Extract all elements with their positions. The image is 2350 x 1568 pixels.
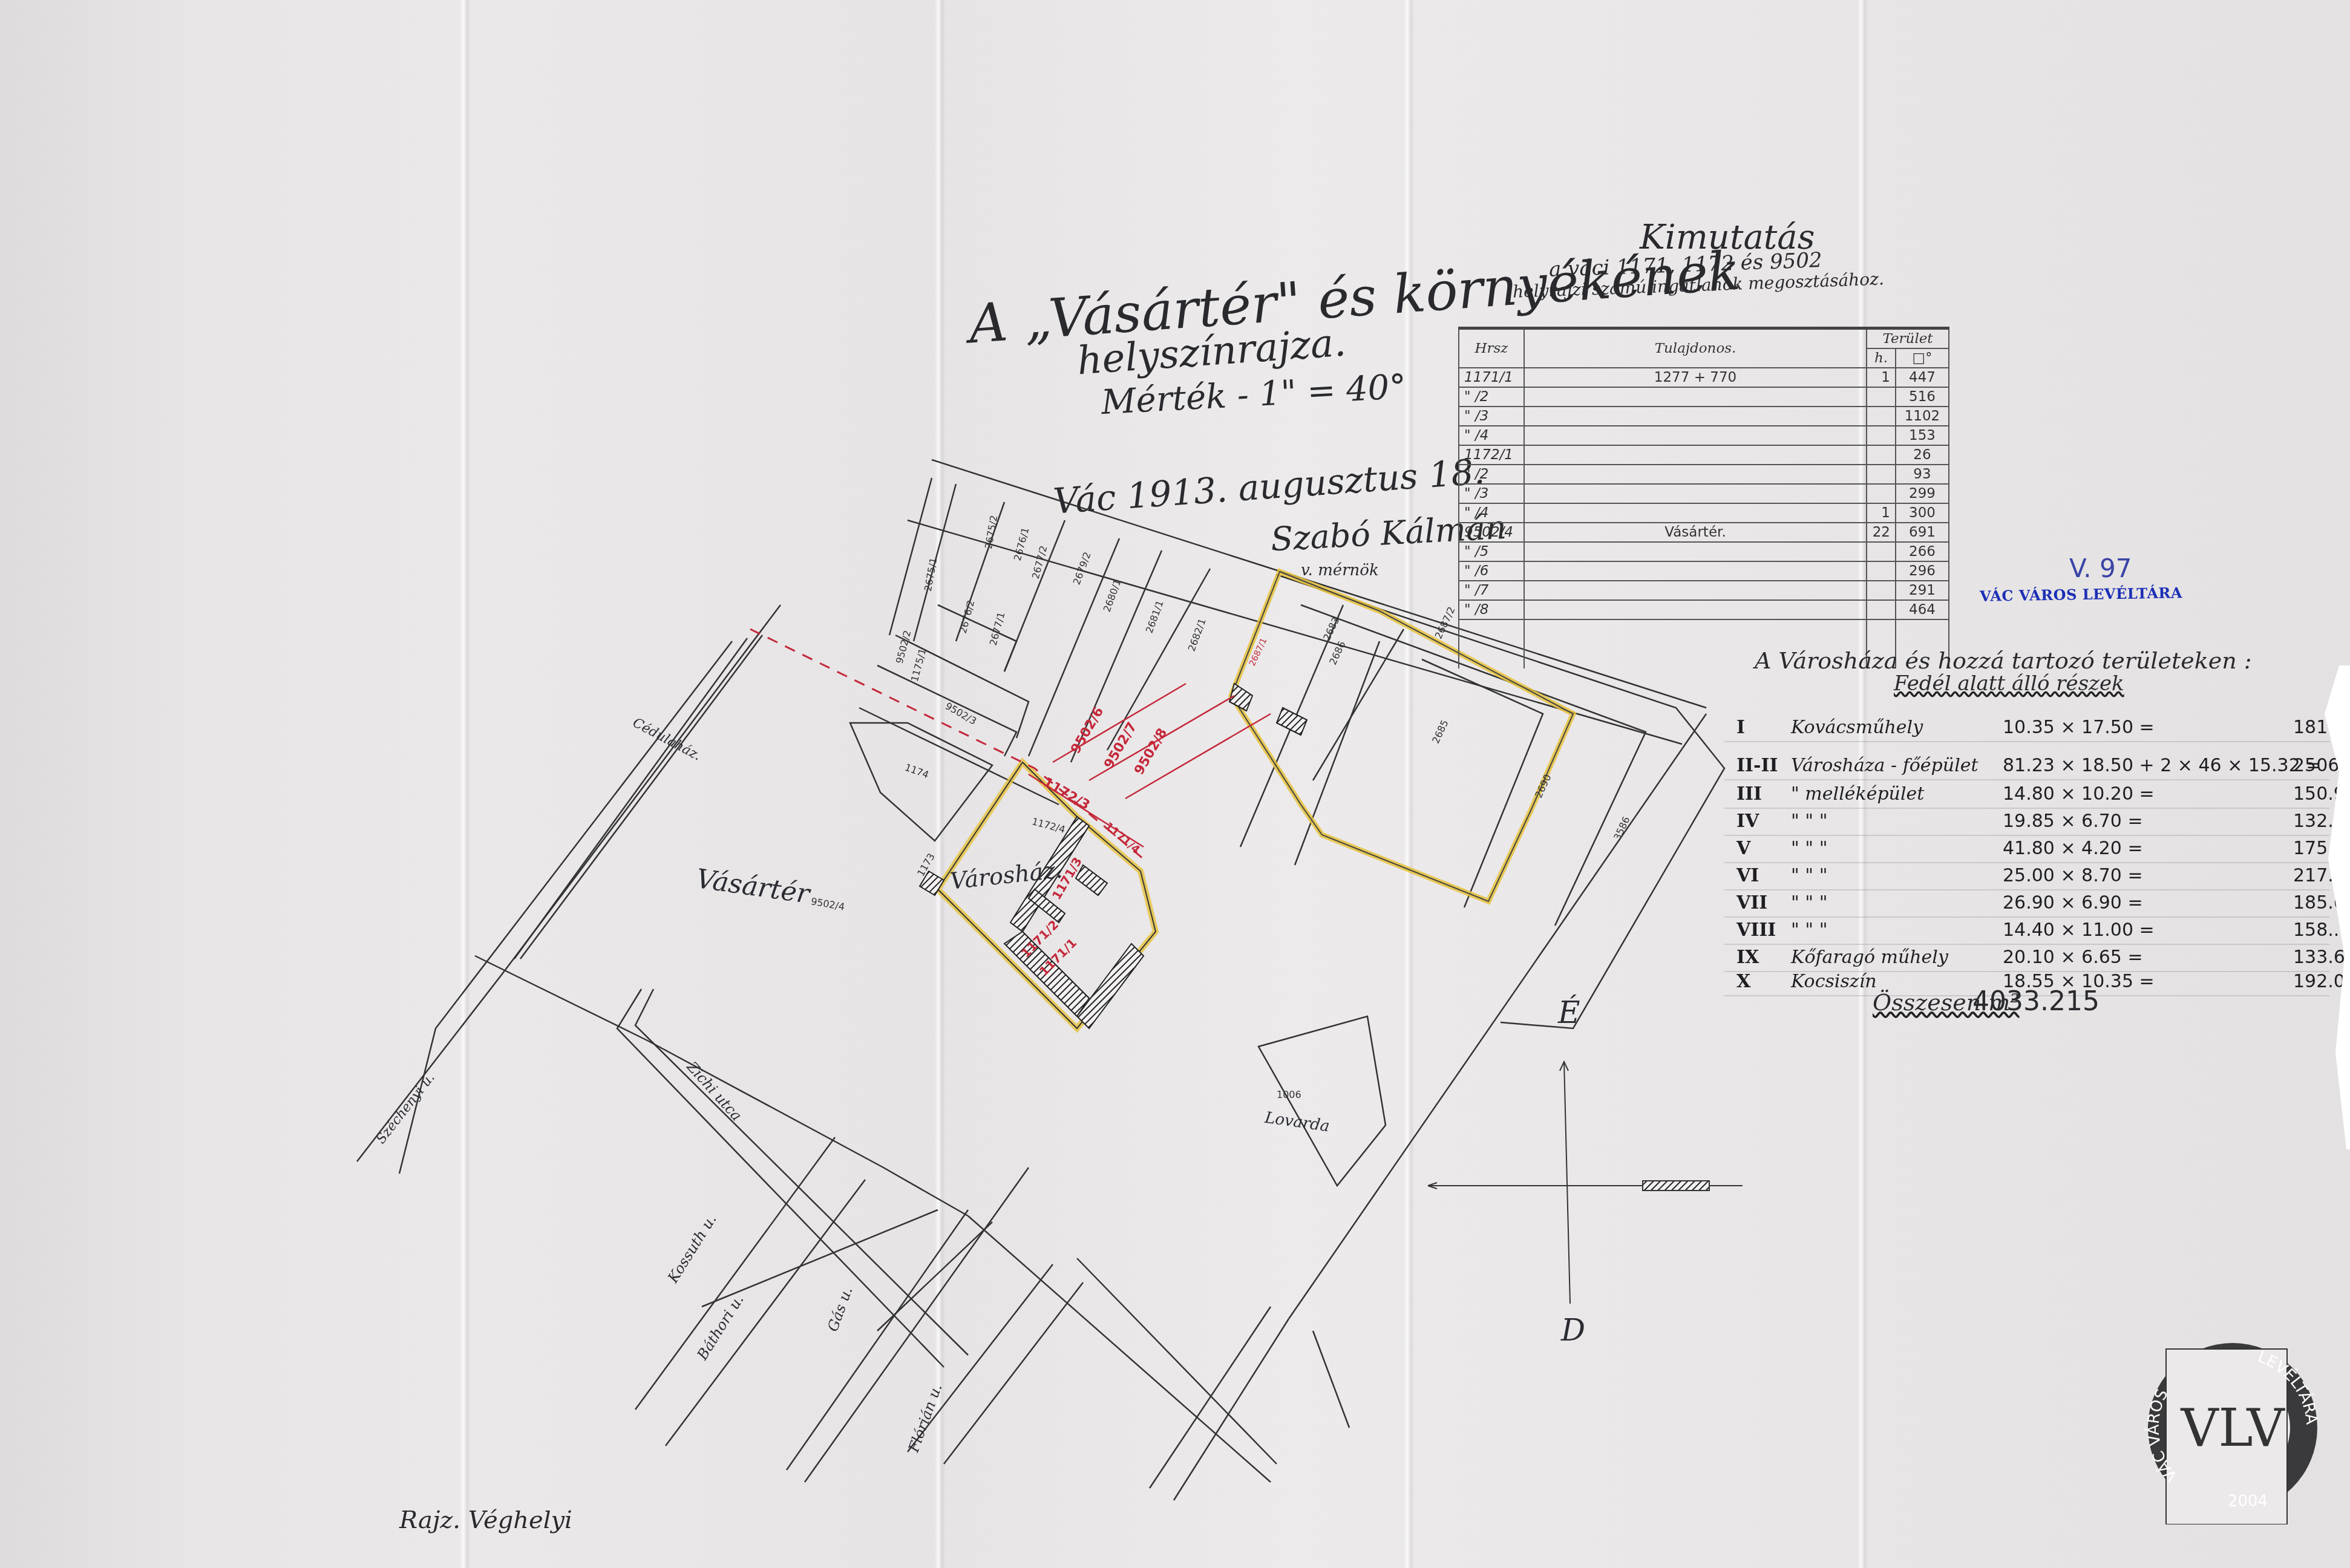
cell-hrsz: " /4	[1459, 426, 1524, 445]
cell-owner	[1524, 561, 1867, 581]
cell-owner	[1524, 484, 1867, 503]
building-calc: 41.80 × 4.20 =	[2003, 838, 2143, 859]
col-hrsz: Hrsz	[1459, 328, 1524, 368]
building-name: " " "	[1791, 838, 1827, 859]
ruled-line	[1724, 944, 2329, 945]
ruled-line	[1724, 916, 2329, 918]
table-row: " /8464	[1459, 600, 1949, 619]
col-sqfathom: □°	[1896, 348, 1949, 368]
building-row: VI" " "25.00 × 8.70 =217.500	[1736, 865, 2350, 889]
cell-owner	[1524, 387, 1867, 407]
table-row: " /6296	[1459, 561, 1949, 581]
archive-logo: VÁC VÁROS LEVÉLTÁRA VLV 2004	[2142, 1325, 2323, 1524]
building-name: Kocsiszín	[1791, 971, 1877, 992]
cell-hrsz: 9502/4	[1459, 523, 1524, 542]
cell-area: 291	[1896, 581, 1949, 600]
building-name: " " "	[1791, 920, 1827, 941]
cell-hrsz: " /2	[1459, 387, 1524, 407]
cell-area: 296	[1896, 561, 1949, 581]
cell-hrsz: " /6	[1459, 561, 1524, 581]
building-row: II-IIVárosháza - főépület81.23 × 18.50 +…	[1736, 755, 2350, 779]
cell-hrsz: " /8	[1459, 600, 1524, 619]
archive-code: V. 97	[2069, 554, 2132, 583]
parcel-table: Hrsz Tulajdonos. Terület h. □° 1171/1127…	[1458, 327, 1949, 668]
table-row: 1172/126	[1459, 445, 1949, 465]
cell-owner: Vásártér.	[1524, 523, 1867, 542]
building-num: II-II	[1736, 755, 1778, 776]
building-num: III	[1736, 783, 1762, 805]
total-value: 4033.215	[1972, 986, 2100, 1017]
cell-hrsz: " /7	[1459, 581, 1524, 600]
cell-area: 300	[1896, 503, 1949, 523]
building-calc: 81.23 × 18.50 + 2 × 46 × 15.32 =	[2003, 755, 2321, 776]
cell-hold: 1	[1867, 368, 1896, 387]
building-num: IX	[1736, 947, 1759, 968]
buildings-subheading: Fedél alatt álló részek	[1894, 671, 2124, 696]
cell-owner: 1277 + 770	[1524, 368, 1867, 387]
building-row: III" melléképület14.80 × 10.20 =150.96.	[1736, 783, 2350, 808]
cell-hrsz: 1172/1	[1459, 445, 1524, 465]
cell-hold	[1867, 445, 1896, 465]
cell-area: 691	[1896, 523, 1949, 542]
table-row: " /3299	[1459, 484, 1949, 503]
building-num: VI	[1736, 865, 1759, 886]
building-calc: 10.35 × 17.50 =	[2003, 717, 2155, 738]
building-num: VII	[1736, 892, 1767, 913]
building-name: " " "	[1791, 892, 1827, 913]
building-calc: 14.80 × 10.20 =	[2003, 783, 2155, 805]
building-num: IV	[1736, 811, 1759, 832]
cell-area: 464	[1896, 600, 1949, 619]
col-hold: h.	[1867, 348, 1896, 368]
table-row: 1171/11277 + 7701447	[1459, 368, 1949, 387]
building-name: Városháza - főépület	[1791, 755, 1979, 776]
cell-hold	[1867, 581, 1896, 600]
ruled-line	[1724, 808, 2329, 809]
building-num: X	[1736, 971, 1750, 992]
table-row: " /293	[1459, 465, 1949, 484]
building-num: VIII	[1736, 920, 1776, 941]
cell-hold	[1867, 542, 1896, 561]
archive-stamp: VÁC VÁROS LEVÉLTÁRA	[1980, 584, 2182, 605]
cell-hold: 1	[1867, 503, 1896, 523]
cell-hrsz: " /3	[1459, 484, 1524, 503]
table-row: " /2516	[1459, 387, 1949, 407]
ruled-line	[1724, 862, 2329, 863]
compass-south: D	[1561, 1313, 1585, 1348]
cell-area: 516	[1896, 387, 1949, 407]
cell-area: 1102	[1896, 407, 1949, 426]
cell-owner	[1524, 600, 1867, 619]
cell-area: 93	[1896, 465, 1949, 484]
label-lovarda-num: 1006	[1277, 1089, 1301, 1100]
logo-monogram: VLV	[2180, 1398, 2285, 1459]
cell-hold	[1867, 561, 1896, 581]
compass-north: É	[1558, 995, 1580, 1030]
engineer-role: v. mérnök	[1301, 561, 1379, 580]
cell-owner	[1524, 581, 1867, 600]
building-result: 133.665	[2293, 947, 2350, 968]
cell-owner	[1524, 465, 1867, 484]
cell-hold	[1867, 465, 1896, 484]
building-result: 158..	[2293, 920, 2339, 941]
building-calc: 14.40 × 11.00 =	[2003, 920, 2155, 941]
table-row: " /4153	[1459, 426, 1949, 445]
building-name: " " "	[1791, 811, 1827, 832]
cell-owner	[1524, 445, 1867, 465]
cell-hold	[1867, 484, 1896, 503]
building-row: IV" " "19.85 × 6.70 =132.395	[1736, 811, 2350, 835]
building-row: VII" " "26.90 × 6.90 =185.6..	[1736, 892, 2350, 916]
cell-owner	[1524, 407, 1867, 426]
cell-owner	[1524, 503, 1867, 523]
cell-area: 447	[1896, 368, 1949, 387]
building-row: VIII" " "14.40 × 11.00 =158..	[1736, 920, 2350, 944]
logo-year: 2004	[2228, 1492, 2268, 1511]
cell-hrsz: " /5	[1459, 542, 1524, 561]
building-name: " melléképület	[1791, 783, 1924, 805]
document-sheet: A „Vásártér" és környékének helyszínrajz…	[0, 0, 2350, 1568]
table-row: " /31102	[1459, 407, 1949, 426]
building-row: IKovácsműhely10.35 × 17.50 =181.125	[1736, 717, 2350, 741]
building-calc: 25.00 × 8.70 =	[2003, 865, 2143, 886]
cell-hold: 22	[1867, 523, 1896, 542]
ruled-line	[1724, 835, 2329, 836]
drawn-by-signature: Rajz. Véghelyi	[399, 1506, 572, 1534]
cell-hrsz: " /3	[1459, 407, 1524, 426]
cell-hold	[1867, 600, 1896, 619]
cell-hold	[1867, 387, 1896, 407]
cell-hold	[1867, 407, 1896, 426]
cell-area: 266	[1896, 542, 1949, 561]
building-calc: 26.90 × 6.90 =	[2003, 892, 2143, 913]
building-name: Kőfaragó műhely	[1791, 947, 1948, 968]
building-num: I	[1736, 717, 1745, 738]
ruled-line	[1724, 889, 2329, 890]
cell-owner	[1524, 426, 1867, 445]
cell-area: 26	[1896, 445, 1949, 465]
table-row: " /41300	[1459, 503, 1949, 523]
col-area-group: Terület	[1867, 328, 1949, 349]
cell-owner	[1524, 542, 1867, 561]
cell-area: 153	[1896, 426, 1949, 445]
table-row: 9502/4Vásártér.22691	[1459, 523, 1949, 542]
building-name: " " "	[1791, 865, 1827, 886]
cell-hrsz: " /4	[1459, 503, 1524, 523]
buildings-heading: A Városháza és hozzá tartozó területeken…	[1755, 647, 2252, 674]
table-row: " /5266	[1459, 542, 1949, 561]
building-row: IXKőfaragó műhely20.10 × 6.65 =133.665	[1736, 947, 2350, 971]
cell-hold	[1867, 426, 1896, 445]
col-owner: Tulajdonos.	[1524, 328, 1867, 368]
building-row: V" " "41.80 × 4.20 =175.560	[1736, 838, 2350, 862]
building-calc: 20.10 × 6.65 =	[2003, 947, 2143, 968]
table-row: " /7291	[1459, 581, 1949, 600]
building-name: Kovácsműhely	[1791, 717, 1923, 738]
building-num: V	[1736, 838, 1750, 859]
ruled-line	[1724, 779, 2329, 780]
ruled-line	[1724, 741, 2329, 742]
cell-hrsz: 1171/1	[1459, 368, 1524, 387]
building-calc: 19.85 × 6.70 =	[2003, 811, 2143, 832]
cell-area: 299	[1896, 484, 1949, 503]
cell-hrsz: " /2	[1459, 465, 1524, 484]
